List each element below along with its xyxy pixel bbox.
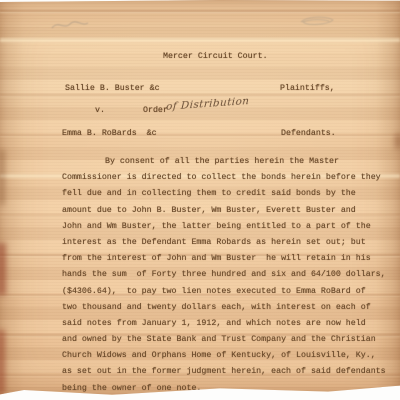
order-handwritten-note: of Distribution — [166, 95, 250, 113]
defendants-label: Defendants. — [281, 129, 336, 139]
body-line: John and Wm Buster, the latter being ent… — [62, 222, 398, 238]
document-photo: Mercer Circuit Court. Sallie B. Buster &… — [0, 0, 400, 400]
paper-crease — [0, 38, 400, 42]
body-line: being the owner of one note. — [62, 384, 398, 400]
plaintiffs-name: Sallie B. Buster &c — [65, 84, 160, 94]
body-line: hands the sum of Forty three hundred and… — [62, 270, 398, 286]
body-line: interest as the Defendant Emma Robards a… — [62, 238, 398, 254]
edge-stain — [0, 150, 5, 205]
body-line: and owned by the State Bank and Trust Co… — [62, 335, 398, 351]
edge-stain — [0, 330, 5, 394]
body-line: two thousand and twenty dollars each, wi… — [62, 303, 398, 319]
document-page: Mercer Circuit Court. Sallie B. Buster &… — [0, 0, 400, 400]
body-line: fell due and in collecting them to credi… — [62, 189, 398, 205]
edge-stain — [395, 134, 400, 148]
body-line: from the interest of John and Wm Buster … — [62, 254, 398, 270]
body-line: Church Widows and Orphans Home of Kentuc… — [62, 351, 398, 367]
order-typed-label: Order — [143, 106, 168, 116]
order-body-paragraph: By consent of all the parties herein the… — [62, 157, 398, 400]
paper-crease — [0, 10, 400, 12]
paper-crease — [0, 94, 400, 96]
court-header: Mercer Circuit Court. — [163, 52, 268, 62]
body-line: ($4306.64), to pay two lien notes execut… — [62, 287, 398, 303]
body-line: amount due to John B. Buster, Wm Buster,… — [62, 206, 398, 222]
pencil-scribble-icon — [297, 13, 339, 29]
defendants-name: Emma B. RoBards &c — [62, 129, 157, 139]
versus-label: v. — [95, 106, 105, 116]
plaintiffs-label: Plaintiffs, — [280, 84, 335, 94]
edge-stain — [0, 243, 6, 295]
paper-crease — [0, 134, 400, 136]
body-line: as set out in the former judgment herein… — [62, 367, 398, 383]
body-line: By consent of all the parties herein the… — [62, 157, 398, 173]
faint-cutoff-line: with interest from December — [228, 395, 362, 400]
pencil-scribble-icon — [50, 18, 90, 32]
body-line: Commissioner is directed to collect the … — [62, 173, 398, 189]
body-line: said notes from January 1, 1912, and whi… — [62, 319, 398, 335]
